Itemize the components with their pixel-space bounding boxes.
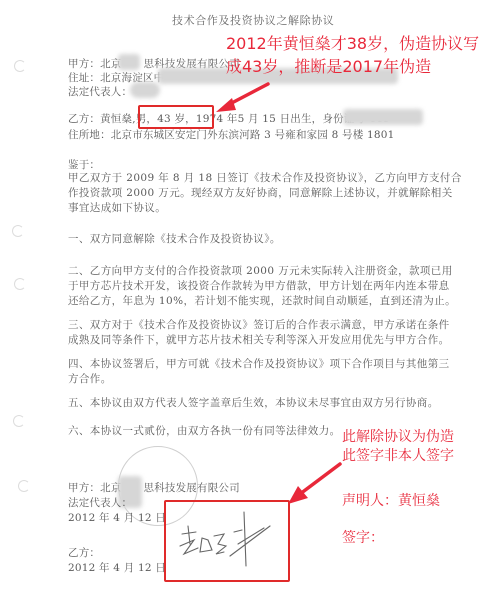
document-title: 技术合作及投资协议之解除协议 xyxy=(172,12,334,28)
scanned-agreement-document: 技术合作及投资协议之解除协议 甲方：北京思科技发展有限公司 住址：北京海淀区中 … xyxy=(0,0,500,601)
signature-label: 签字： xyxy=(342,527,384,547)
recitals-heading: 鉴于： xyxy=(68,157,100,172)
punch-hole xyxy=(14,60,26,72)
punch-hole xyxy=(18,480,30,492)
party-b-residence: 住所地：北京市东城区安定门外东滨河路 3 号雍和家园 8 号楼 1801 xyxy=(68,127,394,142)
clause-4: 四、本协议签署后，甲方可就《技术合作及投资协议》项下合作项目与其他第三 方合作。 xyxy=(68,357,443,387)
signature-legal-rep: 法定代表人： xyxy=(68,495,132,510)
forgery-signature-note: 此解除协议为伪造 此签字非本人签字 xyxy=(342,428,454,466)
recitals-text: 甲乙双方于 2009 年 8 月 18 日签订《技术合作及投资协议》，乙方向甲方… xyxy=(68,171,443,216)
declarant-label: 声明人：黄恒燊 xyxy=(342,490,440,510)
redaction-blur xyxy=(130,82,160,98)
red-arrow-icon xyxy=(284,460,344,510)
signature-party-b: 乙方： xyxy=(68,545,100,560)
punch-hole xyxy=(12,225,24,237)
signature-date-a: 2012 年 4 月 12 日 xyxy=(68,510,166,525)
signature-date-b: 2012 年 4 月 12 日 xyxy=(68,560,166,575)
party-a-legal-rep: 法定代表人： xyxy=(68,84,132,99)
redaction-blur xyxy=(343,109,423,125)
clause-1: 一、双方同意解除《技术合作及投资协议》。 xyxy=(68,232,443,247)
age-highlight-box xyxy=(138,105,214,129)
clause-5: 五、本协议由双方代表人签字盖章后生效，本协议未尽事宜由双方另行协商。 xyxy=(68,396,443,411)
handwritten-signature xyxy=(172,504,282,574)
punch-hole xyxy=(13,415,25,427)
forgery-age-note: 2012年黄恒燊才38岁，伪造协议写 成43岁，推断是2017年伪造 xyxy=(226,32,479,78)
clause-3: 三、双方对于《技术合作及投资协议》签订后的合作表示满意，甲方承诺在条件 成熟及同… xyxy=(68,318,443,348)
clause-2: 二、乙方向甲方支付的合作投资款项 2000 万元未实际转入注册资金，款项已用 于… xyxy=(68,264,443,309)
punch-hole xyxy=(14,278,26,290)
signature-party-a: 甲方：北京思科技发展有限公司 xyxy=(68,480,240,495)
red-arrow-icon xyxy=(212,80,272,120)
redaction-blur xyxy=(118,54,140,70)
